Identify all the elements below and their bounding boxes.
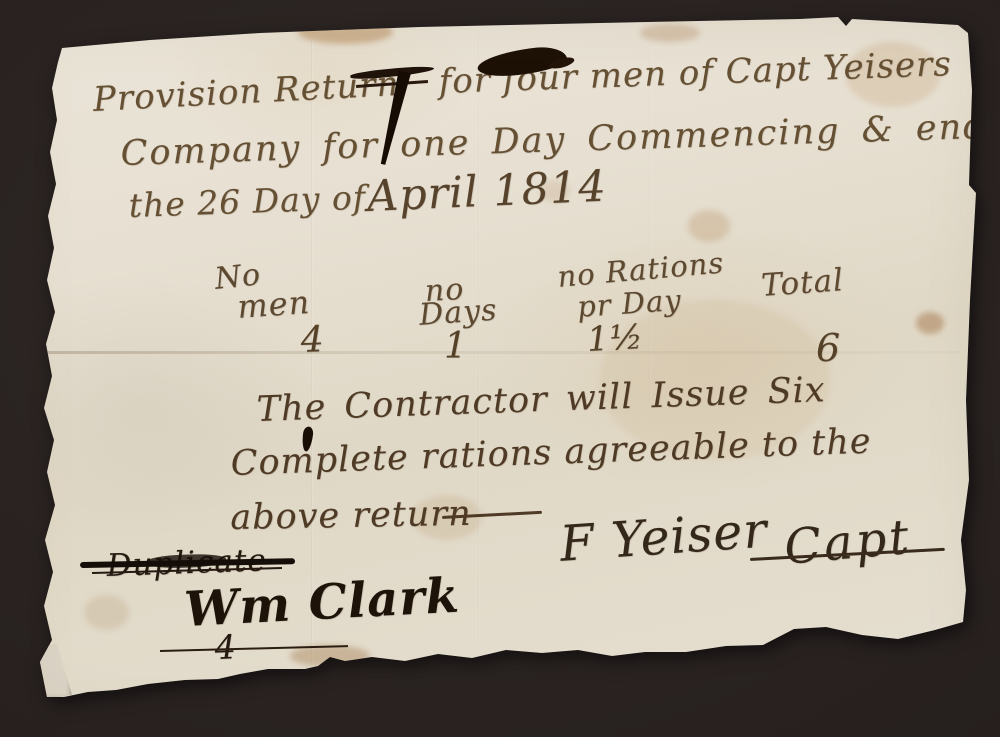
table-col3-value: 1½ <box>586 317 645 360</box>
paper-shadow: Provision Return for four men of Capt Ye… <box>0 0 1000 737</box>
header-date: April 1814 <box>366 162 608 222</box>
table-col4-header: Total <box>760 262 845 304</box>
header-line1-left: Provision Return <box>92 64 400 120</box>
paper-stain <box>916 312 944 334</box>
paper-stain <box>688 210 730 242</box>
pen-tick-mark <box>0 0 18 14</box>
header-line3-left: the 26 Day of <box>128 178 367 225</box>
paper-stain <box>640 24 700 42</box>
body-line2: Complete rations agreeable to the <box>230 422 872 484</box>
table-col2-value: 1 <box>444 326 468 367</box>
signature-rank: Capt <box>782 509 914 576</box>
paper-stain <box>290 645 370 667</box>
body-line3: above return <box>230 494 472 538</box>
signature-name: F Yeiser <box>558 501 769 572</box>
table-col1-value: 4 <box>300 319 325 361</box>
paper-stain <box>84 595 129 630</box>
document-paper: Provision Return for four men of Capt Ye… <box>0 0 1000 737</box>
torn-corner-sliver <box>38 644 72 700</box>
photo-backdrop: Provision Return for four men of Capt Ye… <box>0 0 1000 737</box>
table-col4-value: 6 <box>816 326 841 370</box>
paper-stain <box>298 20 393 44</box>
